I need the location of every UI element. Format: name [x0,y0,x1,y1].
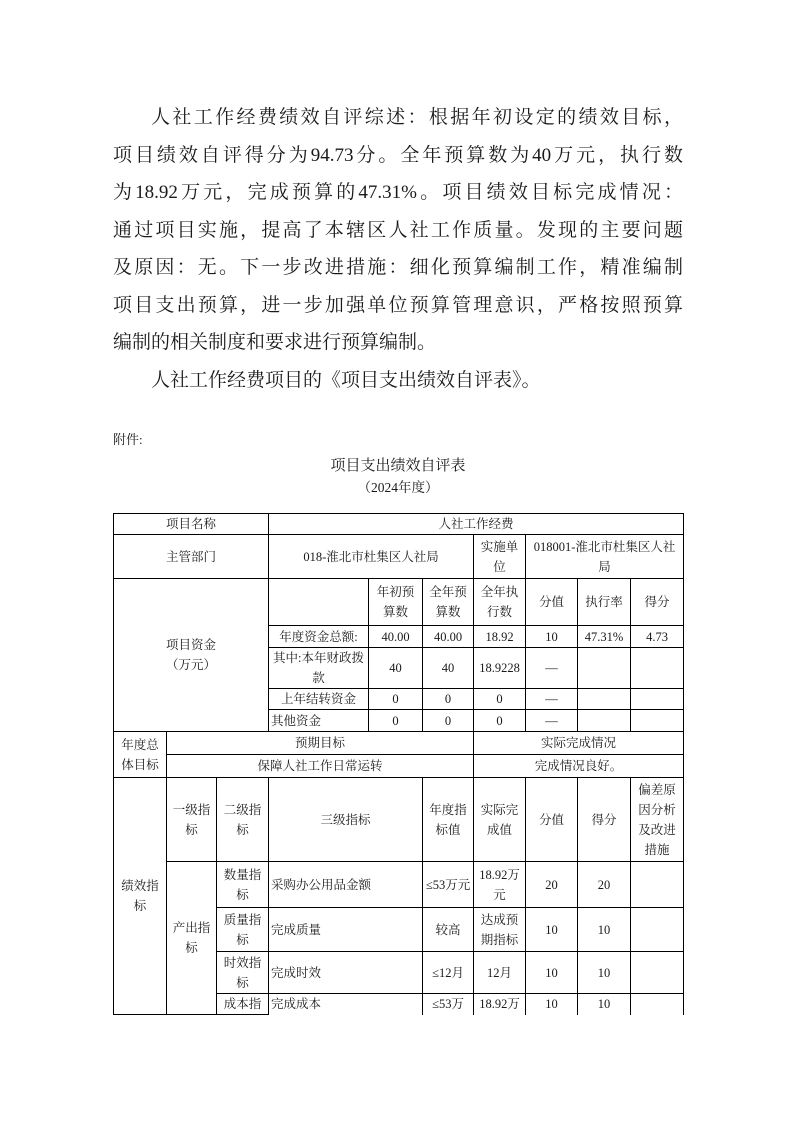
indicator-weight: 10 [526,994,578,1015]
table-row: 项目名称 人社工作经费 [114,514,684,535]
funding-rate-value [578,710,631,732]
indicator-l3: 采购办公用品金额 [269,862,423,908]
indicator-score: 10 [578,952,631,994]
indicator-header-l2: 二级指标 [217,778,269,862]
indicator-actual: 18.92万元 [474,862,526,908]
goal-expected-value: 保障人社工作日常运转 [167,755,474,778]
funding-row-label: 其他资金 [269,710,369,732]
implementing-unit-value: 018001-淮北市杜集区人社局 [526,535,684,579]
funding-rate-value [578,689,631,710]
funding-executed-value: 0 [474,689,526,710]
funding-executed-value: 18.92 [474,626,526,648]
funding-weight-value: — [526,648,578,689]
summary-paragraph-justified-lines: 人社工作经费绩效自评综述：根据年初设定的绩效目标， 项目绩效自评得分为94.73… [113,99,683,324]
attachment-label: 附件: [113,431,683,449]
funding-header-score: 得分 [631,579,684,626]
funding-annual-value: 0 [423,689,474,710]
indicator-section-label: 绩效指标 [114,778,167,1015]
summary-paragraph-last-line: 编制的相关制度和要求进行预算编制。 [113,324,683,362]
self-evaluation-table: 项目名称 人社工作经费 主管部门 018-淮北市杜集区人社局 实施单位 0180… [113,513,684,1015]
indicator-deviation [631,862,684,908]
project-name-label: 项目名称 [114,514,269,535]
table-subtitle-year: （2024年度） [113,477,683,498]
indicator-header-deviation: 偏差原因分析及改进措施 [631,778,684,862]
indicator-target: ≤53万元 [423,862,474,908]
indicator-l2: 成本指 [217,994,269,1015]
indicator-deviation [631,952,684,994]
funding-header-rate: 执行率 [578,579,631,626]
indicator-score: 10 [578,908,631,952]
indicator-score: 20 [578,862,631,908]
indicator-header-weight: 分值 [526,778,578,862]
implementing-unit-label: 实施单位 [474,535,526,579]
funding-row-label: 其中:本年财政拨款 [269,648,369,689]
project-name-value: 人社工作经费 [269,514,684,535]
indicator-l2: 时效指标 [217,952,269,994]
funding-header-annual: 全年预算数 [423,579,474,626]
funding-initial-value: 40 [369,648,423,689]
funding-score-value [631,689,684,710]
table-row: 年度总体目标 预期目标 实际完成情况 [114,732,684,755]
table-row: 项目资金 （万元） 年初预算数 全年预算数 全年执行数 分值 执行率 得分 [114,579,684,626]
funding-score-value [631,648,684,689]
indicator-weight: 20 [526,862,578,908]
funding-row-label: 年度资金总额: [269,626,369,648]
funding-row-label: 上年结转资金 [269,689,369,710]
indicator-weight: 10 [526,908,578,952]
indicator-actual: 达成预期指标 [474,908,526,952]
table-row: 主管部门 018-淮北市杜集区人社局 实施单位 018001-淮北市杜集区人社局 [114,535,684,579]
indicator-header-actual: 实际完成值 [474,778,526,862]
funding-weight-value: — [526,710,578,732]
goal-actual-header: 实际完成情况 [474,732,684,755]
funding-score-value: 4.73 [631,626,684,648]
funding-annual-value: 40.00 [423,626,474,648]
indicator-l3: 完成成本 [269,994,423,1015]
funding-rate-value: 47.31% [578,626,631,648]
indicator-target: ≤12月 [423,952,474,994]
indicator-l1-group: 产出指标 [167,862,217,1015]
indicator-weight: 10 [526,952,578,994]
table-title: 项目支出绩效自评表 [113,455,683,477]
indicator-target: ≤53万 [423,994,474,1015]
table-row: 绩效指标 一级指标 二级指标 三级指标 年度指标值 实际完成值 分值 得分 偏差… [114,778,684,862]
goal-expected-header: 预期目标 [167,732,474,755]
indicator-l3: 完成质量 [269,908,423,952]
funding-executed-value: 0 [474,710,526,732]
indicator-deviation [631,908,684,952]
goal-section-label: 年度总体目标 [114,732,167,778]
funding-initial-value: 0 [369,710,423,732]
table-row: 保障人社工作日常运转 完成情况良好。 [114,755,684,778]
indicator-l2: 质量指标 [217,908,269,952]
funding-score-value [631,710,684,732]
indicator-header-l1: 一级指标 [167,778,217,862]
indicator-actual: 12月 [474,952,526,994]
goal-actual-value: 完成情况良好。 [474,755,684,778]
reference-paragraph: 人社工作经费项目的《项目支出绩效自评表》。 [113,362,683,400]
funding-header-initial: 年初预算数 [369,579,423,626]
funding-header-executed: 全年执行数 [474,579,526,626]
department-value: 018-淮北市杜集区人社局 [269,535,474,579]
funding-annual-value: 0 [423,710,474,732]
indicator-target: 较高 [423,908,474,952]
indicator-actual: 18.92万 [474,994,526,1015]
funding-blank-cell [269,579,369,626]
indicator-l3: 完成时效 [269,952,423,994]
funding-header-weight: 分值 [526,579,578,626]
funding-initial-value: 40.00 [369,626,423,648]
funding-annual-value: 40 [423,648,474,689]
indicator-header-target: 年度指标值 [423,778,474,862]
department-label: 主管部门 [114,535,269,579]
funding-initial-value: 0 [369,689,423,710]
indicator-header-score: 得分 [578,778,631,862]
indicator-header-l3: 三级指标 [269,778,423,862]
indicator-deviation [631,994,684,1015]
funding-rate-value [578,648,631,689]
funding-executed-value: 18.9228 [474,648,526,689]
indicator-score: 10 [578,994,631,1015]
indicator-l2: 数量指标 [217,862,269,908]
document-page: 人社工作经费绩效自评综述：根据年初设定的绩效目标， 项目绩效自评得分为94.73… [0,0,794,1015]
funding-weight-value: — [526,689,578,710]
funding-weight-value: 10 [526,626,578,648]
funding-section-label: 项目资金 （万元） [114,579,269,732]
table-row: 产出指标 数量指标 采购办公用品金额 ≤53万元 18.92万元 20 20 [114,862,684,908]
